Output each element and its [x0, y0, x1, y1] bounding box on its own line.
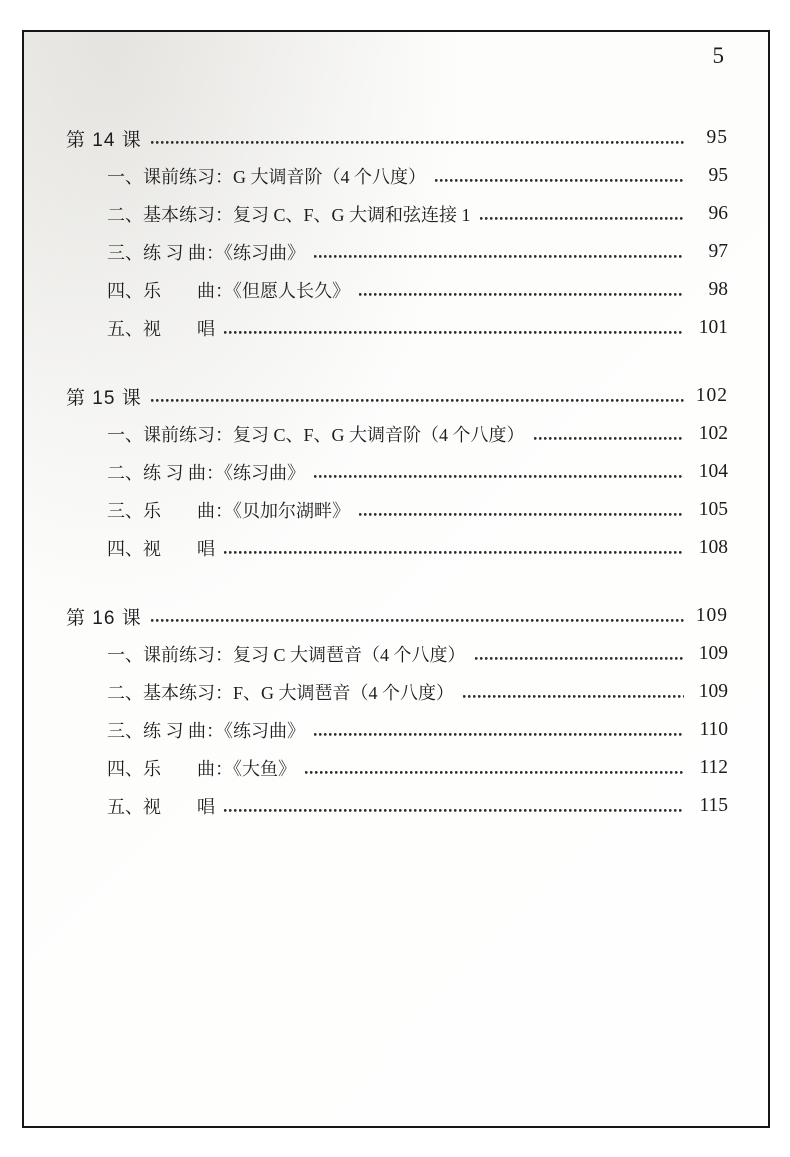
- toc-page-number: 108: [692, 537, 728, 559]
- toc-item: 四、乐 曲：《大鱼》 112: [66, 749, 728, 787]
- toc-section-heading: 第 14 课 95: [66, 119, 728, 157]
- toc-item-label: 二、基本练习：复习 C、F、G 大调和弦连接 1: [107, 201, 471, 227]
- toc-item: 三、乐 曲：《贝加尔湖畔》 105: [66, 491, 728, 529]
- dot-leader: [305, 771, 684, 774]
- dot-leader: [314, 475, 684, 478]
- dot-leader: [359, 513, 684, 516]
- toc-section-title: 第 15 课: [66, 383, 142, 410]
- dot-leader: [475, 657, 684, 660]
- toc-item-label: 四、视 唱: [107, 535, 215, 561]
- toc-page-number: 97: [692, 241, 728, 263]
- toc-page-number: 105: [692, 499, 728, 521]
- toc-item-label: 一、课前练习：复习 C 大调琶音（4 个八度）: [107, 641, 466, 667]
- toc-page-number: 109: [692, 681, 728, 703]
- toc-section-heading: 第 16 课 109: [66, 597, 728, 635]
- toc-section-lesson16: 第 16 课 109 一、课前练习：复习 C 大调琶音（4 个八度） 109 二…: [66, 597, 728, 825]
- toc-page-number: 101: [692, 317, 728, 339]
- dot-leader: [463, 695, 684, 698]
- dot-leader: [151, 619, 684, 622]
- toc-item-label: 二、练 习 曲：《练习曲》: [107, 459, 305, 485]
- toc-item: 五、视 唱 101: [66, 309, 728, 347]
- dot-leader: [224, 331, 684, 334]
- toc-section-heading: 第 15 课 102: [66, 377, 728, 415]
- toc-item-label: 四、乐 曲：《但愿人长久》: [107, 277, 350, 303]
- table-of-contents: 第 14 课 95 一、课前练习：G 大调音阶（4 个八度） 95 二、基本练习…: [66, 119, 728, 825]
- folio-page-number: 5: [713, 42, 725, 70]
- toc-item: 二、基本练习：复习 C、F、G 大调和弦连接 1 96: [66, 195, 728, 233]
- toc-page-number: 109: [692, 643, 728, 665]
- dot-leader: [534, 437, 684, 440]
- toc-item-label: 三、练 习 曲：《练习曲》: [107, 239, 305, 265]
- dot-leader: [435, 179, 684, 182]
- toc-section-lesson15: 第 15 课 102 一、课前练习：复习 C、F、G 大调音阶（4 个八度） 1…: [66, 377, 728, 567]
- toc-section-title: 第 16 课: [66, 603, 142, 630]
- toc-item: 二、基本练习：F、G 大调琶音（4 个八度） 109: [66, 673, 728, 711]
- toc-item-label: 二、基本练习：F、G 大调琶音（4 个八度）: [107, 679, 454, 705]
- toc-item-label: 一、课前练习：G 大调音阶（4 个八度）: [107, 163, 426, 189]
- toc-item: 三、练 习 曲：《练习曲》 110: [66, 711, 728, 749]
- toc-item-label: 五、视 唱: [107, 315, 215, 341]
- toc-section-title: 第 14 课: [66, 125, 142, 152]
- dot-leader: [314, 733, 684, 736]
- toc-item-label: 三、练 习 曲：《练习曲》: [107, 717, 305, 743]
- toc-item: 四、视 唱 108: [66, 529, 728, 567]
- toc-page-number: 102: [692, 423, 728, 445]
- toc-item-label: 三、乐 曲：《贝加尔湖畔》: [107, 497, 350, 523]
- dot-leader: [224, 551, 684, 554]
- toc-section-lesson14: 第 14 课 95 一、课前练习：G 大调音阶（4 个八度） 95 二、基本练习…: [66, 119, 728, 347]
- dot-leader: [151, 399, 684, 402]
- page: 5 第 14 课 95 一、课前练习：G 大调音阶（4 个八度） 95 二、基本…: [22, 30, 770, 1128]
- dot-leader: [314, 255, 684, 258]
- toc-item-label: 四、乐 曲：《大鱼》: [107, 755, 296, 781]
- toc-item: 一、课前练习：G 大调音阶（4 个八度） 95: [66, 157, 728, 195]
- toc-item-label: 五、视 唱: [107, 793, 215, 819]
- dot-leader: [359, 293, 684, 296]
- toc-page-number: 109: [692, 605, 728, 627]
- toc-page-number: 96: [692, 203, 728, 225]
- toc-page-number: 95: [692, 127, 728, 149]
- toc-page-number: 110: [692, 719, 728, 741]
- dot-leader: [480, 217, 684, 220]
- toc-item: 三、练 习 曲：《练习曲》 97: [66, 233, 728, 271]
- toc-item: 一、课前练习：复习 C 大调琶音（4 个八度） 109: [66, 635, 728, 673]
- dot-leader: [151, 141, 684, 144]
- toc-item-label: 一、课前练习：复习 C、F、G 大调音阶（4 个八度）: [107, 421, 525, 447]
- toc-item: 二、练 习 曲：《练习曲》 104: [66, 453, 728, 491]
- toc-page-number: 95: [692, 165, 728, 187]
- toc-item: 五、视 唱 115: [66, 787, 728, 825]
- toc-page-number: 104: [692, 461, 728, 483]
- toc-page-number: 102: [692, 385, 728, 407]
- dot-leader: [224, 809, 684, 812]
- toc-item: 一、课前练习：复习 C、F、G 大调音阶（4 个八度） 102: [66, 415, 728, 453]
- toc-page-number: 98: [692, 279, 728, 301]
- book-page-photo: 5 第 14 课 95 一、课前练习：G 大调音阶（4 个八度） 95 二、基本…: [0, 0, 790, 1157]
- toc-page-number: 112: [692, 757, 728, 779]
- toc-page-number: 115: [692, 795, 728, 817]
- toc-item: 四、乐 曲：《但愿人长久》 98: [66, 271, 728, 309]
